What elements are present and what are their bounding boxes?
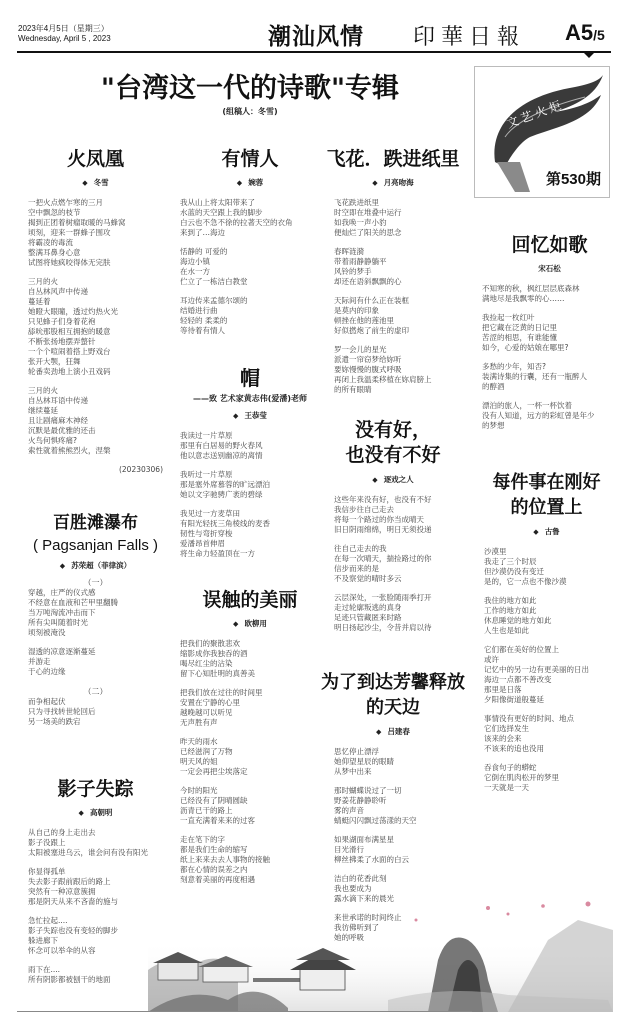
stanza: 吞食句子的蟒蛇 它倒在肌肉松开的梦里 一天就是一天 bbox=[484, 763, 619, 793]
stanza: 耳边传来孟德尔颂的 结婚进行曲 轻轻的 柔柔的 等待着有情人 bbox=[180, 296, 320, 336]
poem-line: 都是我们生命的缩写 bbox=[180, 845, 320, 855]
poem-line: 旧日阴雨绵绵，明日无须投递 bbox=[334, 525, 468, 535]
poem-line: 躲进廊下 bbox=[28, 936, 163, 946]
poem-line: 自丛林耳语中传递 bbox=[28, 396, 163, 406]
diamond-bullet-icon: ◆ bbox=[372, 476, 377, 484]
poem-ying-zi-shi-zong: 影子失踪 ◆高朝明 从自己的身上走出去 影子没跟上 太阳被塞进乌云，谁会问有没有… bbox=[28, 774, 163, 994]
stanza: 我见过一方麦草田 有阳光轻抚三角棱线的麦香 韧性与弯折穿梭 爱潘昂首伸眉 将生命… bbox=[180, 509, 320, 559]
poem-line: 走过轮廓叛逃的真身 bbox=[334, 603, 468, 613]
feature-editor: (组稿人：冬雪) bbox=[180, 106, 320, 117]
poem-line: 人生也是如此 bbox=[484, 626, 619, 636]
poem-line: 结婚进行曲 bbox=[180, 306, 320, 316]
diamond-bullet-icon: ◆ bbox=[237, 179, 242, 187]
poem-body: 这些年来没有好，也没有不好 我信步往自己走去 将每一个路过的你当成晴天 旧日阴雨… bbox=[318, 495, 468, 633]
stanza: 从自己的身上走出去 影子没跟上 太阳被塞进乌云，谁会问有没有阳光 bbox=[28, 828, 163, 858]
poem-line: 一定会再把尘埃落定 bbox=[180, 767, 320, 777]
stanza: 把我们放在过往的时间里 安置在宁静的心里 越晚越可以听见 无声胜有声 bbox=[180, 688, 320, 728]
poem-date: (20230306) bbox=[28, 465, 163, 474]
stanza: 我住的地方如此 工作的地方如此 休息睡觉的地方如此 人生也是如此 bbox=[484, 596, 619, 636]
poem-line: 把我们放在过往的时间里 bbox=[180, 688, 320, 698]
poem-author: ◆古鲁 bbox=[474, 526, 619, 537]
poem-line: 一天就是一天 bbox=[484, 783, 619, 793]
poem-line: 你显得孤单 bbox=[28, 867, 163, 877]
stanza: 穿越，庄严的仪式感 不经意在血液和芒甲里翻腾 当万吨洶流冲击而下 所有尖叫随着时… bbox=[28, 588, 163, 638]
poem-line: 她瞪大眼瞳，透过灼热火光 bbox=[28, 307, 163, 317]
poem-line: 无声胜有声 bbox=[180, 718, 320, 728]
poem-line: 它们选择发生 bbox=[484, 724, 619, 734]
poem-line: 留下心知肚明的真善美 bbox=[180, 669, 320, 679]
poem-line: 明日扬起沙尘，令昔并肩以待 bbox=[334, 623, 468, 633]
poem-author: ◆吕建春 bbox=[318, 726, 468, 737]
poem-line: 当万吨洶流冲击而下 bbox=[28, 608, 163, 618]
poem-title-line-1: 为了到达芳馨释放 bbox=[318, 670, 468, 695]
poem-line: 来到了…海边 bbox=[180, 228, 320, 238]
poem-line: 罗一会儿的星光 bbox=[334, 345, 468, 355]
poem-title-line-2: 的位置上 bbox=[474, 495, 619, 520]
poem-line: 把我们的聚散悲欢 bbox=[180, 639, 320, 649]
poem-line: 爱潘昂首伸眉 bbox=[180, 539, 320, 549]
poem-line: 他以意志送别幽凉的离情 bbox=[180, 451, 320, 461]
poem-line: 伫立了一栋洁白教堂 bbox=[180, 277, 320, 287]
poem-huo-feng-huang: 火凤凰 ◆冬雪 一把火点燃乍寒的三月 空中飘忽的枝节 揭到正团着树瘤取暖的马蜂窝… bbox=[28, 144, 163, 474]
poem-title-line-2: 的天边 bbox=[318, 695, 468, 720]
poem-line: 只见蜂子们身着花袍 bbox=[28, 317, 163, 327]
stanza: 雨下在.... 所有阴影都被刨干的地面 bbox=[28, 965, 163, 985]
poem-line: 于心的边缘 bbox=[28, 667, 163, 677]
stanza: 走在笔下的字 都是我们生命的缩写 纸上来来去去人事物的接触 都在心情的误差之内 … bbox=[180, 835, 320, 885]
poem-line: 是的，它一点也不像沙漠 bbox=[484, 577, 619, 587]
poem-line: 海边小镇 bbox=[180, 257, 320, 267]
poem-line: 轮番卖劲地上演小丑戏码 bbox=[28, 367, 163, 377]
poem-line: 火鸟何惧疼痛? bbox=[28, 436, 163, 446]
landscape-illustration-icon bbox=[148, 900, 613, 1012]
poem-line: 如今，心爱的姑娘在哪里? bbox=[482, 343, 617, 353]
poem-line: 而争相起伏 bbox=[28, 697, 163, 707]
poem-line: 装满诗集的行囊，还有一瓶醉人 bbox=[482, 372, 617, 382]
part-marker: （二） bbox=[28, 686, 163, 697]
poem-line: 往自己走去的我 bbox=[334, 544, 468, 554]
stanza: 而争相起伏 只为寻找转世轮回后 另一场美的跌宕 bbox=[28, 697, 163, 727]
poem-line: 蔓延着 bbox=[28, 297, 163, 307]
poem-line: 我走了三个时辰 bbox=[484, 557, 619, 567]
poem-line: 是莫内的印象 bbox=[334, 306, 468, 316]
poem-line: 已经滋润了万物 bbox=[180, 747, 320, 757]
issue-number: 第530期 bbox=[546, 168, 601, 189]
poem-line: 海边一点都不善改变 bbox=[484, 675, 619, 685]
diamond-bullet-icon: ◆ bbox=[372, 179, 377, 187]
poem-hui-yi-ru-ge: 回忆如歌 宋石松 不知寒的秋，枫红层层底森林 满地尽是我飘零的心…… 我捡起一枚… bbox=[482, 230, 617, 440]
page-number: A5/5 bbox=[565, 20, 605, 46]
stanza: 急忙拉起.... 影子失踪也没有变轻的脚步 躲进廊下 怀念可以举伞的从容 bbox=[28, 916, 163, 956]
poem-line: 那里有白居易的野火春风 bbox=[180, 441, 320, 451]
poem-line: 整满耳鼻身心意 bbox=[28, 248, 163, 258]
poem-line: 柳丝拂柔了水面的白云 bbox=[334, 855, 468, 865]
poem-author: ◆王恭莹 bbox=[180, 410, 320, 421]
poem-line: 那时蝴蝶说过了一切 bbox=[334, 786, 468, 796]
poem-title: 火凤凰 bbox=[28, 144, 163, 171]
masthead-date: 2023年4月5日（星期三） Wednesday, April 5 , 2023 bbox=[18, 24, 111, 44]
rule-notch bbox=[583, 52, 595, 58]
poem-line: 揭到正团着树瘤取暖的马蜂窝 bbox=[28, 218, 163, 228]
stanza: 漂泊的旅人，一杯一杯饮着 没有人知道，远方的彩虹曾是年少 的梦想 bbox=[482, 401, 617, 431]
poem-line: 并游走 bbox=[28, 657, 163, 667]
poem-line: 已经没有了阴晴圆缺 bbox=[180, 796, 320, 806]
bottom-rule bbox=[17, 1011, 472, 1012]
stanza: 天际间有什么正在装框 是莫内的印象 顿挫在他的莲池里 好似撚炮了前生的虚印 bbox=[334, 296, 468, 336]
stanza: 你显得孤单 失去影子跟前跟后的路上 突然有一种凉意簇拥 那是阴天从来不吝啬的施与 bbox=[28, 867, 163, 907]
poem-line: 但沙漠仍没有变迁 bbox=[484, 567, 619, 577]
poem-line: 如我唤一声小豹 bbox=[334, 218, 468, 228]
poem-line: 三月的火 bbox=[28, 386, 163, 396]
poem-author: 宋石松 bbox=[482, 263, 617, 274]
page-label: A5 bbox=[565, 20, 593, 45]
poem-title: 帽 bbox=[180, 362, 320, 391]
poem-line: 我捡起一枚红叶 bbox=[482, 313, 617, 323]
stanza: 我从山上将太阳带来了 水蓝的天空跟上我的脚步 白云也不急不徐的拉著天空的衣角 来… bbox=[180, 198, 320, 238]
poem-wu-chu-de-mei-li: 误触的美丽 ◆欧柳用 把我们的聚散悲欢 缩影成你我独吞的酒 喝尽红尘的沾染 留下… bbox=[180, 585, 320, 894]
poem-line: 飞花跌进纸里 bbox=[334, 198, 468, 208]
poem-line: 或许 bbox=[484, 655, 619, 665]
poem-line: 顷刻被淹没 bbox=[28, 628, 163, 638]
stanza: 多愁的少年，知否? 装满诗集的行囊，还有一瓶醉人 的醇酒 bbox=[482, 362, 617, 392]
poem-line: 轻轻的 柔柔的 bbox=[180, 316, 320, 326]
poem-line: 沉默是最优雅的还击 bbox=[28, 426, 163, 436]
poem-line: 漂泊的旅人，一杯一杯饮着 bbox=[482, 401, 617, 411]
diamond-bullet-icon: ◆ bbox=[79, 809, 84, 817]
poem-line: 穿越，庄严的仪式感 bbox=[28, 588, 163, 598]
stanza: 飞花跌进纸里 时空即在堆叠中运行 如我唤一声小豹 便灿烂了阳关的思念 bbox=[334, 198, 468, 238]
poem-line: 急忙拉起.... bbox=[28, 916, 163, 926]
poem-author: ◆苏荣超（菲律滨） bbox=[28, 560, 163, 571]
poem-line: 且让剧痛麻木神经 bbox=[28, 416, 163, 426]
poem-line: 我从山上将太阳带来了 bbox=[180, 198, 320, 208]
stanza: 我听过一片草原 那是塞外席慕蓉的旷远漂泊 她以文字驰骋广袤的碧绿 bbox=[180, 470, 320, 500]
poem-line: 顿挫在他的莲池里 bbox=[334, 316, 468, 326]
column-logo: 文艺火炬 第530期 bbox=[474, 66, 610, 198]
poem-line: 从自己的身上走出去 bbox=[28, 828, 163, 838]
poem-line: 足迹只管藏匿来时路 bbox=[334, 613, 468, 623]
poem-line: 雨下在.... bbox=[28, 965, 163, 975]
poem-line: 我住的地方如此 bbox=[484, 596, 619, 606]
poem-line: 在每一次晴天，揣捡路过的你 bbox=[334, 554, 468, 564]
masthead-rule bbox=[17, 51, 611, 53]
poem-line: 把它藏在泛黄的日记里 bbox=[482, 323, 617, 333]
poem-line: 多愁的少年，知否? bbox=[482, 362, 617, 372]
poem-line: 影子失踪也没有变轻的脚步 bbox=[28, 926, 163, 936]
poem-line: 蜻蜓闪闪飘过荡漾的天空 bbox=[334, 816, 468, 826]
poem-line: 要妳慢慢的腹式呼吸 bbox=[334, 365, 468, 375]
poem-line: 水蓝的天空跟上我的脚步 bbox=[180, 208, 320, 218]
poem-line: 信步而来的是 bbox=[334, 564, 468, 574]
poem-line: 带着雨静静躺平 bbox=[334, 257, 468, 267]
poem-line: 不知寒的秋，枫红层层底森林 bbox=[482, 284, 617, 294]
poem-line: 记忆中的另一边有更美丽的日出 bbox=[484, 665, 619, 675]
poem-line: 喝尽红尘的沾染 bbox=[180, 659, 320, 669]
poem-line: 野姜花静静聆听 bbox=[334, 796, 468, 806]
stanza: 沙漠里 我走了三个时辰 但沙漠仍没有变迁 是的，它一点也不像沙漠 bbox=[484, 547, 619, 587]
poem-line: 事情没有更好的时间、地点 bbox=[484, 714, 619, 724]
poem-line: 张开大颚，狂舞 bbox=[28, 357, 163, 367]
poem-title: 回忆如歌 bbox=[482, 230, 617, 257]
poem-line: 不断张扬地摆弄螫针 bbox=[28, 337, 163, 347]
poem-line: 沥青已干的路上 bbox=[180, 806, 320, 816]
poem-line: 湿透的凉意逐渐蔓延 bbox=[28, 647, 163, 657]
poem-line: 怀念可以举伞的从容 bbox=[28, 946, 163, 956]
poem-line: 它倒在肌肉松开的梦里 bbox=[484, 773, 619, 783]
poem-line: 我听过一片草原 bbox=[180, 470, 320, 480]
stanza: 如果湖面布满星星 目光滑行 柳丝拂柔了水面的白云 bbox=[334, 835, 468, 865]
poem-line: 这些年来没有好，也没有不好 bbox=[334, 495, 468, 505]
poem-dedication: ——致 艺术家黄志伟(爱潘)老师 bbox=[180, 393, 320, 404]
poem-line: 那里是日落 bbox=[484, 685, 619, 695]
poem-line: 舔吮那股相互拥抱的暖意 bbox=[28, 327, 163, 337]
poem-line: 如果湖面布满星星 bbox=[334, 835, 468, 845]
poem-line: 走在笔下的字 bbox=[180, 835, 320, 845]
stanza: 恬静的 可爱的 海边小镇 在水一方 伫立了一栋洁白教堂 bbox=[180, 247, 320, 287]
poem-line: 一把火点燃乍寒的三月 bbox=[28, 198, 163, 208]
poem-title-line-1: 每件事在刚好 bbox=[474, 470, 619, 495]
poem-line: 等待着有情人 bbox=[180, 326, 320, 336]
poem-author: ◆高朝明 bbox=[28, 807, 163, 818]
poem-line: 沙漠里 bbox=[484, 547, 619, 557]
poem-line: 所有阴影都被刨干的地面 bbox=[28, 975, 163, 985]
poem-mao: 帽 ——致 艺术家黄志伟(爱潘)老师 ◆王恭莹 我读过一片草原 那里有白居易的野… bbox=[180, 362, 320, 568]
diamond-bullet-icon: ◆ bbox=[233, 412, 238, 420]
poem-line: 她以文字驰骋广袤的碧绿 bbox=[180, 490, 320, 500]
poem-line: 再闭上我温柔移植在妳肩膀上 bbox=[334, 375, 468, 385]
poem-title: 影子失踪 bbox=[28, 774, 163, 801]
stanza: 那时蝴蝶说过了一切 野姜花静静聆听 雾的声音 蜻蜓闪闪飘过荡漾的天空 bbox=[334, 786, 468, 826]
poem-you-qing-ren: 有情人 ◆婉蓉 我从山上将太阳带来了 水蓝的天空跟上我的脚步 白云也不急不徐的拉… bbox=[180, 144, 320, 345]
poem-line: 吞食句子的蟒蛇 bbox=[484, 763, 619, 773]
poem-line: 顷刻，迎来一群蜂子围攻 bbox=[28, 228, 163, 238]
stanza: 它们都在美好的位置上 或许 记忆中的另一边有更美丽的日出 海边一点都不善改变 那… bbox=[484, 645, 619, 705]
diamond-bullet-icon: ◆ bbox=[60, 562, 65, 570]
poem-line: 越晚越可以听见 bbox=[180, 708, 320, 718]
poem-line: 春晖涟漪 bbox=[334, 247, 468, 257]
poem-line: 将生命力轻盈顶在一方 bbox=[180, 549, 320, 559]
poem-line: 所有尖叫随着时光 bbox=[28, 618, 163, 628]
poem-line: 不及察觉的晴时多云 bbox=[334, 574, 468, 584]
stanza: 罗一会儿的星光 派遣一帘窃梦给妳听 要妳慢慢的腹式呼吸 再闭上我温柔移植在妳肩膀… bbox=[334, 345, 468, 395]
poem-line: 我也要成为 bbox=[334, 884, 468, 894]
poem-line: 苦涩的相思，有谁能懂 bbox=[482, 333, 617, 343]
poem-line: 在水一方 bbox=[180, 267, 320, 277]
stanza: 春晖涟漪 带着雨静静躺平 风铃的梦手 却还在语斜飘飘的心 bbox=[334, 247, 468, 287]
poem-line: 的醇酒 bbox=[482, 382, 617, 392]
poem-line: 只为寻找转世轮回后 bbox=[28, 707, 163, 717]
newspaper-name: 印華日報 bbox=[413, 20, 525, 51]
diamond-bullet-icon: ◆ bbox=[376, 728, 381, 736]
poem-line: 它们都在美好的位置上 bbox=[484, 645, 619, 655]
stanza: 这些年来没有好，也没有不好 我信步往自己走去 将每一个路过的你当成晴天 旧日阴雨… bbox=[334, 495, 468, 535]
poem-line: 刻意着美丽的再度相遇 bbox=[180, 875, 320, 885]
poem-line: 却还在语斜飘飘的心 bbox=[334, 277, 468, 287]
poem-pagsanjan-falls: 百胜滩瀑布 ( Pagsanjan Falls ) ◆苏荣超（菲律滨） （一） … bbox=[28, 508, 163, 736]
poem-line: 明天风的姐 bbox=[180, 757, 320, 767]
poem-line: 有阳光轻抚三角棱线的麦香 bbox=[180, 519, 320, 529]
poem-line: 继续蔓延 bbox=[28, 406, 163, 416]
poem-line: 云层深处，一张脸随雨季打开 bbox=[334, 593, 468, 603]
poem-author: ◆逐戏之人 bbox=[318, 474, 468, 485]
poem-body: 飞花跌进纸里 时空即在堆叠中运行 如我唤一声小豹 便灿烂了阳关的思念 春晖涟漪 … bbox=[318, 198, 468, 395]
poem-line: 她仰望星辰的眼睛 bbox=[334, 757, 468, 767]
poem-title: 有情人 bbox=[180, 144, 320, 171]
poem-line: 恬静的 可爱的 bbox=[180, 247, 320, 257]
stanza: 三月的火 自丛林耳语中传递 继续蔓延 且让剧痛麻木神经 沉默是最优雅的还击 火鸟… bbox=[28, 386, 163, 456]
poem-line: 自丛林风声中传递 bbox=[28, 287, 163, 297]
poem-line: 那是塞外席慕蓉的旷远漂泊 bbox=[180, 480, 320, 490]
poem-line: 耳边传来孟德尔颂的 bbox=[180, 296, 320, 306]
poem-line: 试图将她疯咬得体无完肤 bbox=[28, 258, 163, 268]
poem-title-line-2: 也没有不好 bbox=[318, 443, 468, 468]
poem-line: 洁白的花香此刻 bbox=[334, 874, 468, 884]
poem-subtitle: ( Pagsanjan Falls ) bbox=[28, 537, 163, 554]
poem-line: 我信步往自己走去 bbox=[334, 505, 468, 515]
page-total: /5 bbox=[593, 27, 605, 43]
poem-line: 另一场美的跌宕 bbox=[28, 717, 163, 727]
poem-line: 失去影子跟前跟后的路上 bbox=[28, 877, 163, 887]
poem-line: 将每一个路过的你当成晴天 bbox=[334, 515, 468, 525]
poem-line: 缩影成你我独吞的酒 bbox=[180, 649, 320, 659]
poem-line: 索性就着熊熊烈火，涅槃 bbox=[28, 446, 163, 456]
poem-line: 昨天的雨水 bbox=[180, 737, 320, 747]
poem-body: 沙漠里 我走了三个时辰 但沙漠仍没有变迁 是的，它一点也不像沙漠 我住的地方如此… bbox=[474, 547, 619, 793]
poem-line: 突然有一种凉意簇拥 bbox=[28, 887, 163, 897]
stanza: 我捡起一枚红叶 把它藏在泛黄的日记里 苦涩的相思，有谁能懂 如今，心爱的姑娘在哪… bbox=[482, 313, 617, 353]
part-marker: （一） bbox=[28, 577, 163, 588]
stanza: 今时的阳光 已经没有了阴晴圆缺 沥青已干的路上 一直充满着来来的过客 bbox=[180, 786, 320, 826]
poem-line: 该来的会来 bbox=[484, 734, 619, 744]
poem-author: ◆婉蓉 bbox=[180, 177, 320, 188]
poem-line: 好似撚炮了前生的虚印 bbox=[334, 326, 468, 336]
poem-line: 便灿烂了阳关的思念 bbox=[334, 228, 468, 238]
poem-line: 今时的阳光 bbox=[180, 786, 320, 796]
poem-line: 天际间有什么正在装框 bbox=[334, 296, 468, 306]
poem-author: ◆冬雪 bbox=[28, 177, 163, 188]
poem-line: 都在心情的误差之内 bbox=[180, 865, 320, 875]
stanza: 三月的火 自丛林风声中传递 蔓延着 她瞪大眼瞳，透过灼热火光 只见蜂子们身着花袍… bbox=[28, 277, 163, 377]
poem-line: 从梦中出来 bbox=[334, 767, 468, 777]
poem-line: 工作的地方如此 bbox=[484, 606, 619, 616]
stanza: 把我们的聚散悲欢 缩影成你我独吞的酒 喝尽红尘的沾染 留下心知肚明的真善美 bbox=[180, 639, 320, 679]
poem-line: 风铃的梦手 bbox=[334, 267, 468, 277]
poem-line: 纸上来来去去人事物的接触 bbox=[180, 855, 320, 865]
stanza: 往自己走去的我 在每一次晴天，揣捡路过的你 信步而来的是 不及察觉的晴时多云 bbox=[334, 544, 468, 584]
poem-mei-you-hao: 没有好， 也没有不好 ◆逐戏之人 这些年来没有好，也没有不好 我信步往自己走去 … bbox=[318, 418, 468, 642]
poem-line: 三月的火 bbox=[28, 277, 163, 287]
poem-line: 将霸凌的毒流 bbox=[28, 238, 163, 248]
poem-line: 没有人知道，远方的彩虹曾是年少 bbox=[482, 411, 617, 421]
poem-line: 休息睡觉的地方如此 bbox=[484, 616, 619, 626]
section-name: 潮汕风情 bbox=[268, 18, 364, 51]
poem-line: 那是阴天从来不吝啬的施与 bbox=[28, 897, 163, 907]
stanza: 不知寒的秋，枫红层层底森林 满地尽是我飘零的心…… bbox=[482, 284, 617, 304]
poem-line: 的所有眼睛 bbox=[334, 385, 468, 395]
poem-line: 思忆停止漂浮 bbox=[334, 747, 468, 757]
stanza: 事情没有更好的时间、地点 它们选择发生 该来的会来 不该来的追也没用 bbox=[484, 714, 619, 754]
poem-mei-jian-shi: 每件事在刚好 的位置上 ◆古鲁 沙漠里 我走了三个时辰 但沙漠仍没有变迁 是的，… bbox=[474, 470, 619, 802]
poem-line: 空中飘忽的枝节 bbox=[28, 208, 163, 218]
poem-title: 飞花．跌进纸里 bbox=[318, 144, 468, 171]
stanza: 思忆停止漂浮 她仰望星辰的眼睛 从梦中出来 bbox=[334, 747, 468, 777]
poem-line: 我见过一方麦草田 bbox=[180, 509, 320, 519]
diamond-bullet-icon: ◆ bbox=[82, 179, 87, 187]
poem-line: 安置在宁静的心里 bbox=[180, 698, 320, 708]
poem-line: 影子没跟上 bbox=[28, 838, 163, 848]
poem-title-line-1: 没有好， bbox=[318, 418, 468, 443]
stanza: 昨天的雨水 已经滋润了万物 明天风的姐 一定会再把尘埃落定 bbox=[180, 737, 320, 777]
stanza: 云层深处，一张脸随雨季打开 走过轮廓叛逃的真身 足迹只管藏匿来时路 明日扬起沙尘… bbox=[334, 593, 468, 633]
poem-line: 的梦想 bbox=[482, 421, 617, 431]
poem-line: 不该来的追也没用 bbox=[484, 744, 619, 754]
feature-title: "台湾这一代的诗歌"专辑 bbox=[60, 66, 440, 105]
poem-line: 白云也不急不徐的拉著天空的衣角 bbox=[180, 218, 320, 228]
poem-line: 不经意在血液和芒甲里翻腾 bbox=[28, 598, 163, 608]
poem-line: 时空即在堆叠中运行 bbox=[334, 208, 468, 218]
ink-landscape-artwork bbox=[148, 900, 613, 1012]
poem-line: 夕阳像街道般蔓延 bbox=[484, 695, 619, 705]
poem-line: 目光滑行 bbox=[334, 845, 468, 855]
poem-title: 误触的美丽 bbox=[180, 585, 320, 612]
stanza: 湿透的凉意逐渐蔓延 并游走 于心的边缘 bbox=[28, 647, 163, 677]
poem-line: 太阳被塞进乌云，谁会问有没有阳光 bbox=[28, 848, 163, 858]
poem-fei-hua: 飞花．跌进纸里 ◆月亮吻海 飞花跌进纸里 时空即在堆叠中运行 如我唤一声小豹 便… bbox=[318, 144, 468, 404]
poem-line: 韧性与弯折穿梭 bbox=[180, 529, 320, 539]
poem-line: 一个个喧闹着搭上野戏台 bbox=[28, 347, 163, 357]
date-chinese: 2023年4月5日（星期三） bbox=[18, 24, 111, 34]
poem-line: 满地尽是我飘零的心…… bbox=[482, 294, 617, 304]
poem-author: ◆欧柳用 bbox=[180, 618, 320, 629]
poem-author: ◆月亮吻海 bbox=[318, 177, 468, 188]
diamond-bullet-icon: ◆ bbox=[533, 528, 538, 536]
diamond-bullet-icon: ◆ bbox=[233, 620, 238, 628]
poem-line: 我读过一片草原 bbox=[180, 431, 320, 441]
poem-title: 百胜滩瀑布 bbox=[28, 508, 163, 533]
poem-line: 一直充满着来来的过客 bbox=[180, 816, 320, 826]
poem-line: 派遣一帘窃梦给妳听 bbox=[334, 355, 468, 365]
stanza: 我读过一片草原 那里有白居易的野火春风 他以意志送别幽凉的离情 bbox=[180, 431, 320, 461]
poem-line: 雾的声音 bbox=[334, 806, 468, 816]
date-english: Wednesday, April 5 , 2023 bbox=[18, 34, 111, 44]
stanza: 一把火点燃乍寒的三月 空中飘忽的枝节 揭到正团着树瘤取暖的马蜂窝 顷刻，迎来一群… bbox=[28, 198, 163, 268]
